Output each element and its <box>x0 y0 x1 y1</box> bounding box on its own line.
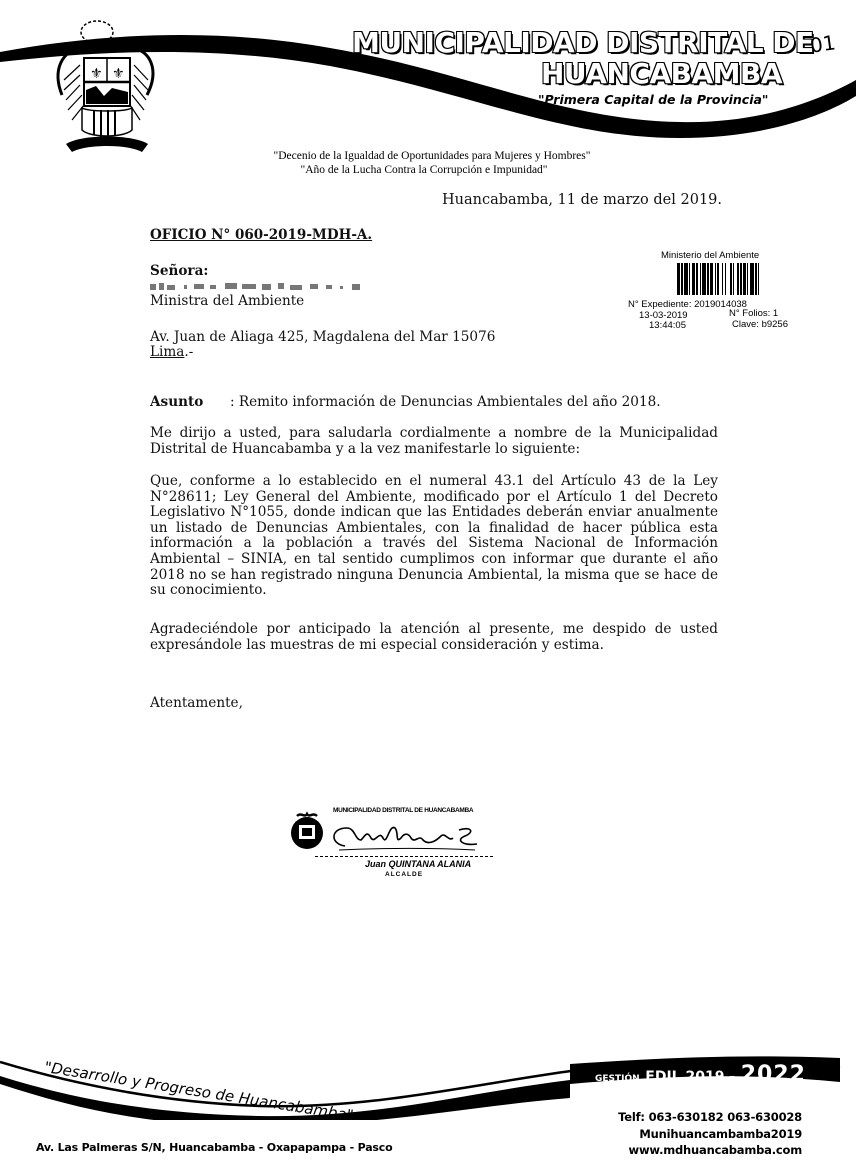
subject-label: Asunto <box>150 395 230 411</box>
seal-header-text: MUNICIPALIDAD DISTRITAL DE HUANCABAMBA <box>333 807 473 814</box>
svg-text:⚜: ⚜ <box>90 66 103 82</box>
footer-phone: Telf: 063-630182 063-630028 <box>618 1110 802 1124</box>
footer-address: Av. Las Palmeras S/N, Huancabamba - Oxap… <box>36 1141 392 1154</box>
paragraph-farewell: Agradeciéndole por anticipado la atenció… <box>150 622 718 653</box>
subject-text: : Remito información de Denuncias Ambien… <box>230 394 661 410</box>
place-and-date: Huancabamba, 11 de marzo del 2019. <box>442 193 722 209</box>
paragraph-greeting: Me dirijo a usted, para saludarla cordia… <box>150 426 718 457</box>
recipient-title: Ministra del Ambiente <box>150 294 304 310</box>
handwritten-page-number: 01 <box>808 30 837 57</box>
handwritten-signature <box>325 816 485 856</box>
signature-line <box>315 856 493 857</box>
signatory-role: ALCALDE <box>385 871 423 878</box>
municipal-coat-of-arms-icon: ⚜ ⚜ <box>52 20 162 160</box>
year-motto-anticorruption: "Año de la Lucha Contra la Corrupción e … <box>0 164 852 176</box>
administration-period: GESTIÓN EDIL 2019 - 2022 <box>595 1062 806 1087</box>
barcode-icon <box>677 263 805 295</box>
city-name: Lima <box>150 344 184 360</box>
stamp-clave: Clave: b9256 <box>732 319 788 330</box>
subject-line: Asunto: Remito información de Denuncias … <box>150 395 661 411</box>
municipal-seal-icon <box>287 810 327 852</box>
recipient-address: Av. Juan de Aliaga 425, Magdalena del Ma… <box>150 330 495 346</box>
year-motto-decade: "Decenio de la Igualdad de Oportunidades… <box>4 150 856 162</box>
document-reference-number: OFICIO N° 060-2019-MDH-A. <box>150 228 372 244</box>
stamp-folios: N° Folios: 1 <box>729 308 778 319</box>
gestion-prefix: GESTIÓN <box>595 1074 640 1084</box>
stamp-entity: Ministerio del Ambiente <box>661 250 759 261</box>
redacted-recipient-name <box>150 281 430 293</box>
svg-text:⚜: ⚜ <box>112 66 125 82</box>
footer-website-link[interactable]: www.mdhuancabamba.com <box>629 1143 802 1157</box>
salutation: Señora: <box>150 264 208 280</box>
city-suffix: .- <box>184 344 193 360</box>
municipality-title-line1: MUNICIPALIDAD DISTRITAL DE <box>352 26 814 59</box>
paragraph-main: Que, conforme a lo establecido en el num… <box>150 474 718 599</box>
footer-social-handle: Munihuancambamba2019 <box>639 1127 802 1141</box>
recipient-city: Lima.- <box>150 345 193 361</box>
signature-block: MUNICIPALIDAD DISTRITAL DE HUANCABAMBA J… <box>285 800 495 890</box>
signatory-name: Juan QUINTANA ALANIA <box>365 859 471 869</box>
closing: Atentamente, <box>150 696 243 712</box>
gestion-mid: EDIL 2019 - <box>645 1069 735 1085</box>
gestion-end-year: 2022 <box>741 1062 806 1087</box>
letterhead-tagline: "Primera Capital de la Provincia" <box>538 92 768 107</box>
municipality-title-line2: HUANCABAMBA <box>541 57 782 90</box>
stamp-time: 13:44:05 <box>649 320 686 331</box>
reception-stamp: Ministerio del Ambiente N° Expediente: 2… <box>616 248 806 338</box>
